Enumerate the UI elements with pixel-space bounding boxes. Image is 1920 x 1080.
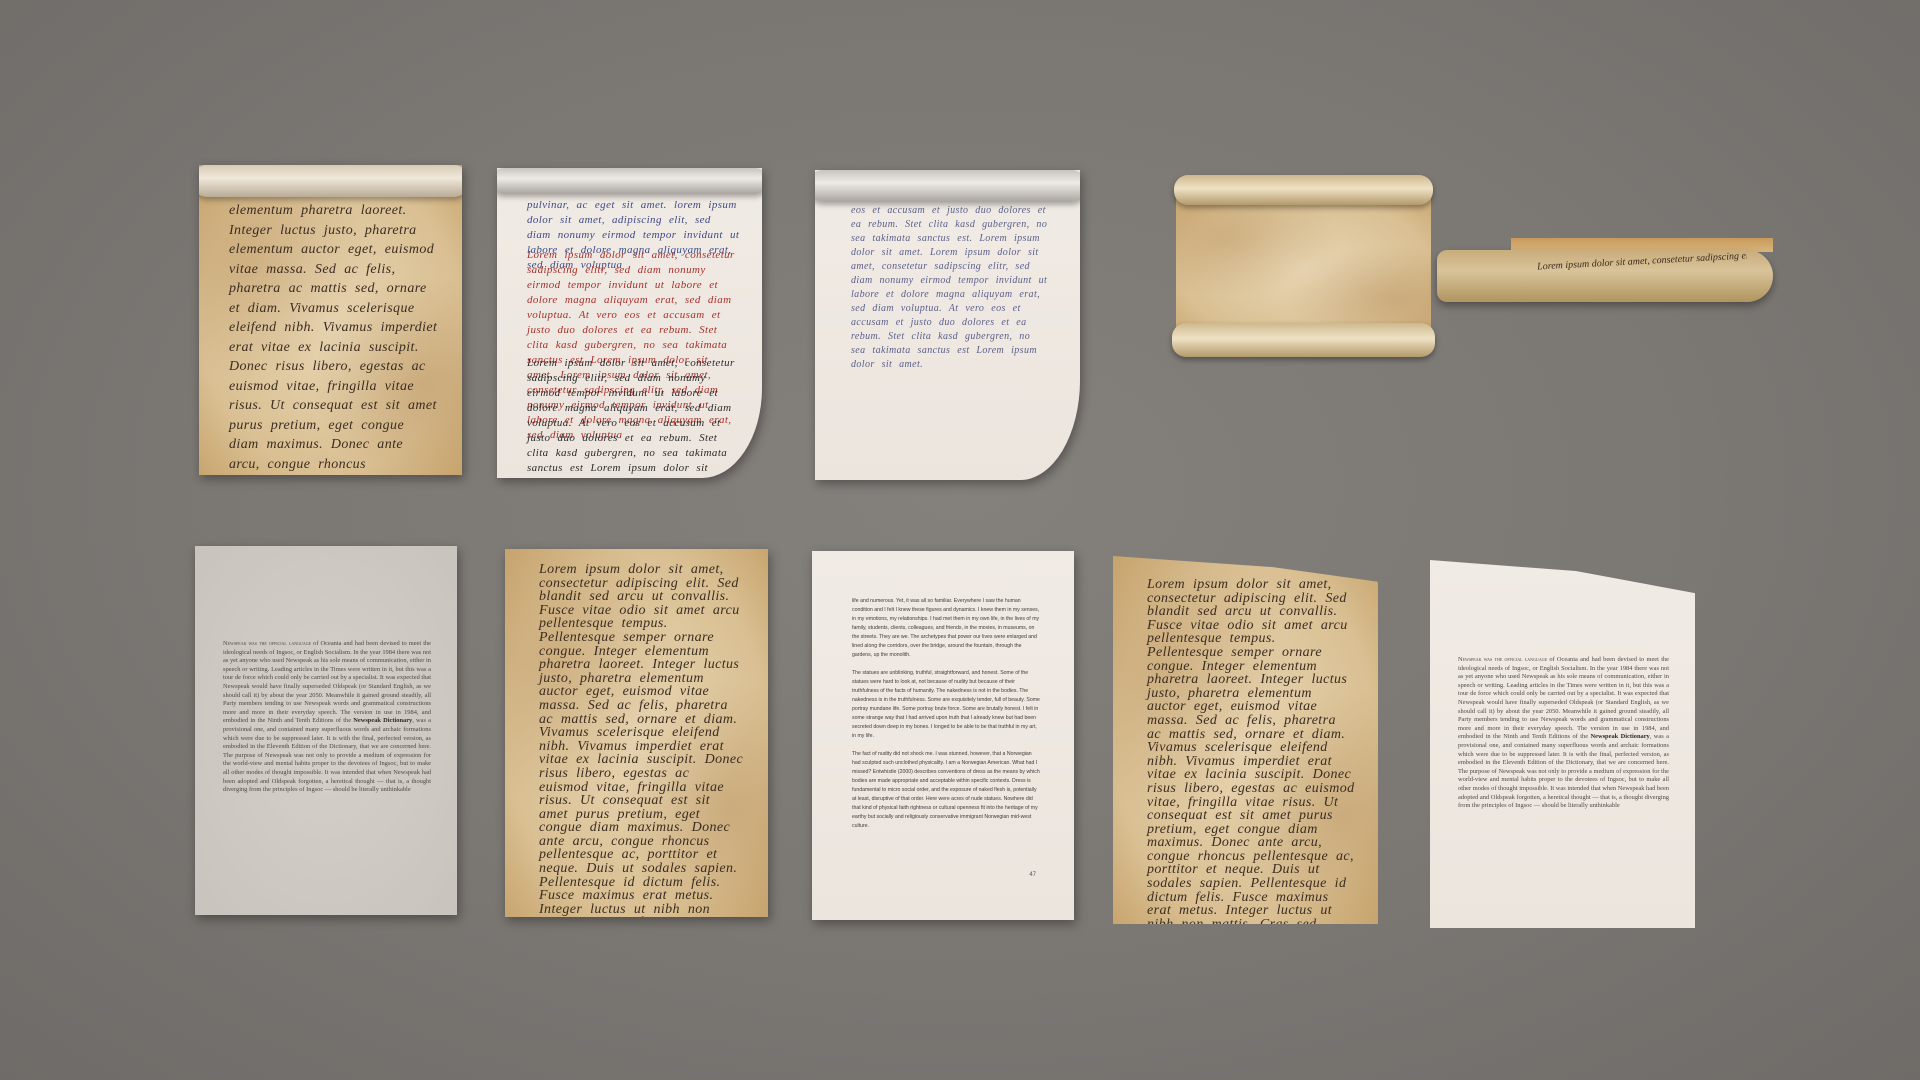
rolled-top-edge xyxy=(815,170,1080,202)
grey-printed-sheet: Newspeak was the official language of Oc… xyxy=(195,546,457,915)
rolled-scroll: Lorem ipsum dolor sit amet, consetetur s… xyxy=(1437,238,1773,306)
printed-text: Newspeak was the official language of Oc… xyxy=(1458,656,1669,811)
rolled-top-edge xyxy=(199,165,462,197)
scroll-parchment xyxy=(1176,193,1431,343)
page-number: 47 xyxy=(1029,872,1036,878)
rolled-top-edge xyxy=(497,168,762,194)
paragraph: The fact of nudity did not shock me. I w… xyxy=(852,750,1040,831)
printed-text: Newspeak was the official language of Oc… xyxy=(223,640,431,795)
lead-smallcaps: Newspeak was the official language xyxy=(223,640,311,647)
blank-scroll xyxy=(1172,175,1435,365)
scroll-top-roll xyxy=(1174,175,1433,205)
white-typed-page: life and numerous. Yet, it was all so fa… xyxy=(812,551,1074,920)
white-warped-printed-sheet: Newspeak was the official language of Oc… xyxy=(1430,560,1695,928)
typed-text: life and numerous. Yet, it was all so fa… xyxy=(852,597,1040,840)
body-text: , was a provisional one, and contained m… xyxy=(223,717,431,793)
handwritten-text: Lorem ipsum dolor sit amet, consectetur … xyxy=(539,563,746,917)
handwritten-text: eos et accusam et justo duo dolores et e… xyxy=(851,204,1050,372)
bold-title: Newspeak Dictionary xyxy=(1591,733,1650,740)
bold-title: Newspeak Dictionary xyxy=(353,717,412,724)
aged-warped-sheet: Lorem ipsum dolor sit amet, consectetur … xyxy=(1113,556,1378,924)
handwritten-text: Lorem ipsum dolor sit amet, consetetur s… xyxy=(1537,251,1747,273)
body-text: , was a provisional one, and contained m… xyxy=(1458,733,1669,809)
handwritten-text: Lorem ipsum dolor sit amet, consectetur … xyxy=(1147,578,1356,924)
lead-smallcaps: Newspeak was the official language xyxy=(1458,656,1547,663)
scroll-bottom-roll xyxy=(1172,323,1435,357)
handwritten-text: elementum pharetra laoreet. Integer luct… xyxy=(229,201,440,475)
white-curled-sheet-short-note: eos et accusam et justo duo dolores et e… xyxy=(815,170,1080,480)
white-curled-sheet-colored-ink: pulvinar, ac eget sit amet. lorem ipsum … xyxy=(497,168,762,478)
body-text: of Oceania and had been devised to meet … xyxy=(1458,656,1669,740)
handwritten-paragraph-black: Lorem ipsum dolor sit amet, consetetur s… xyxy=(527,356,740,478)
aged-flat-sheet: Lorem ipsum dolor sit amet, consectetur … xyxy=(505,549,768,917)
aged-curled-sheet: elementum pharetra laoreet. Integer luct… xyxy=(199,165,462,475)
scroll-roll: Lorem ipsum dolor sit amet, consetetur s… xyxy=(1437,250,1773,302)
paragraph: The statues are unblinking, truthful, st… xyxy=(852,669,1040,741)
paragraph: life and numerous. Yet, it was all so fa… xyxy=(852,597,1040,660)
body-text: of Oceania and had been devised to meet … xyxy=(223,640,431,724)
